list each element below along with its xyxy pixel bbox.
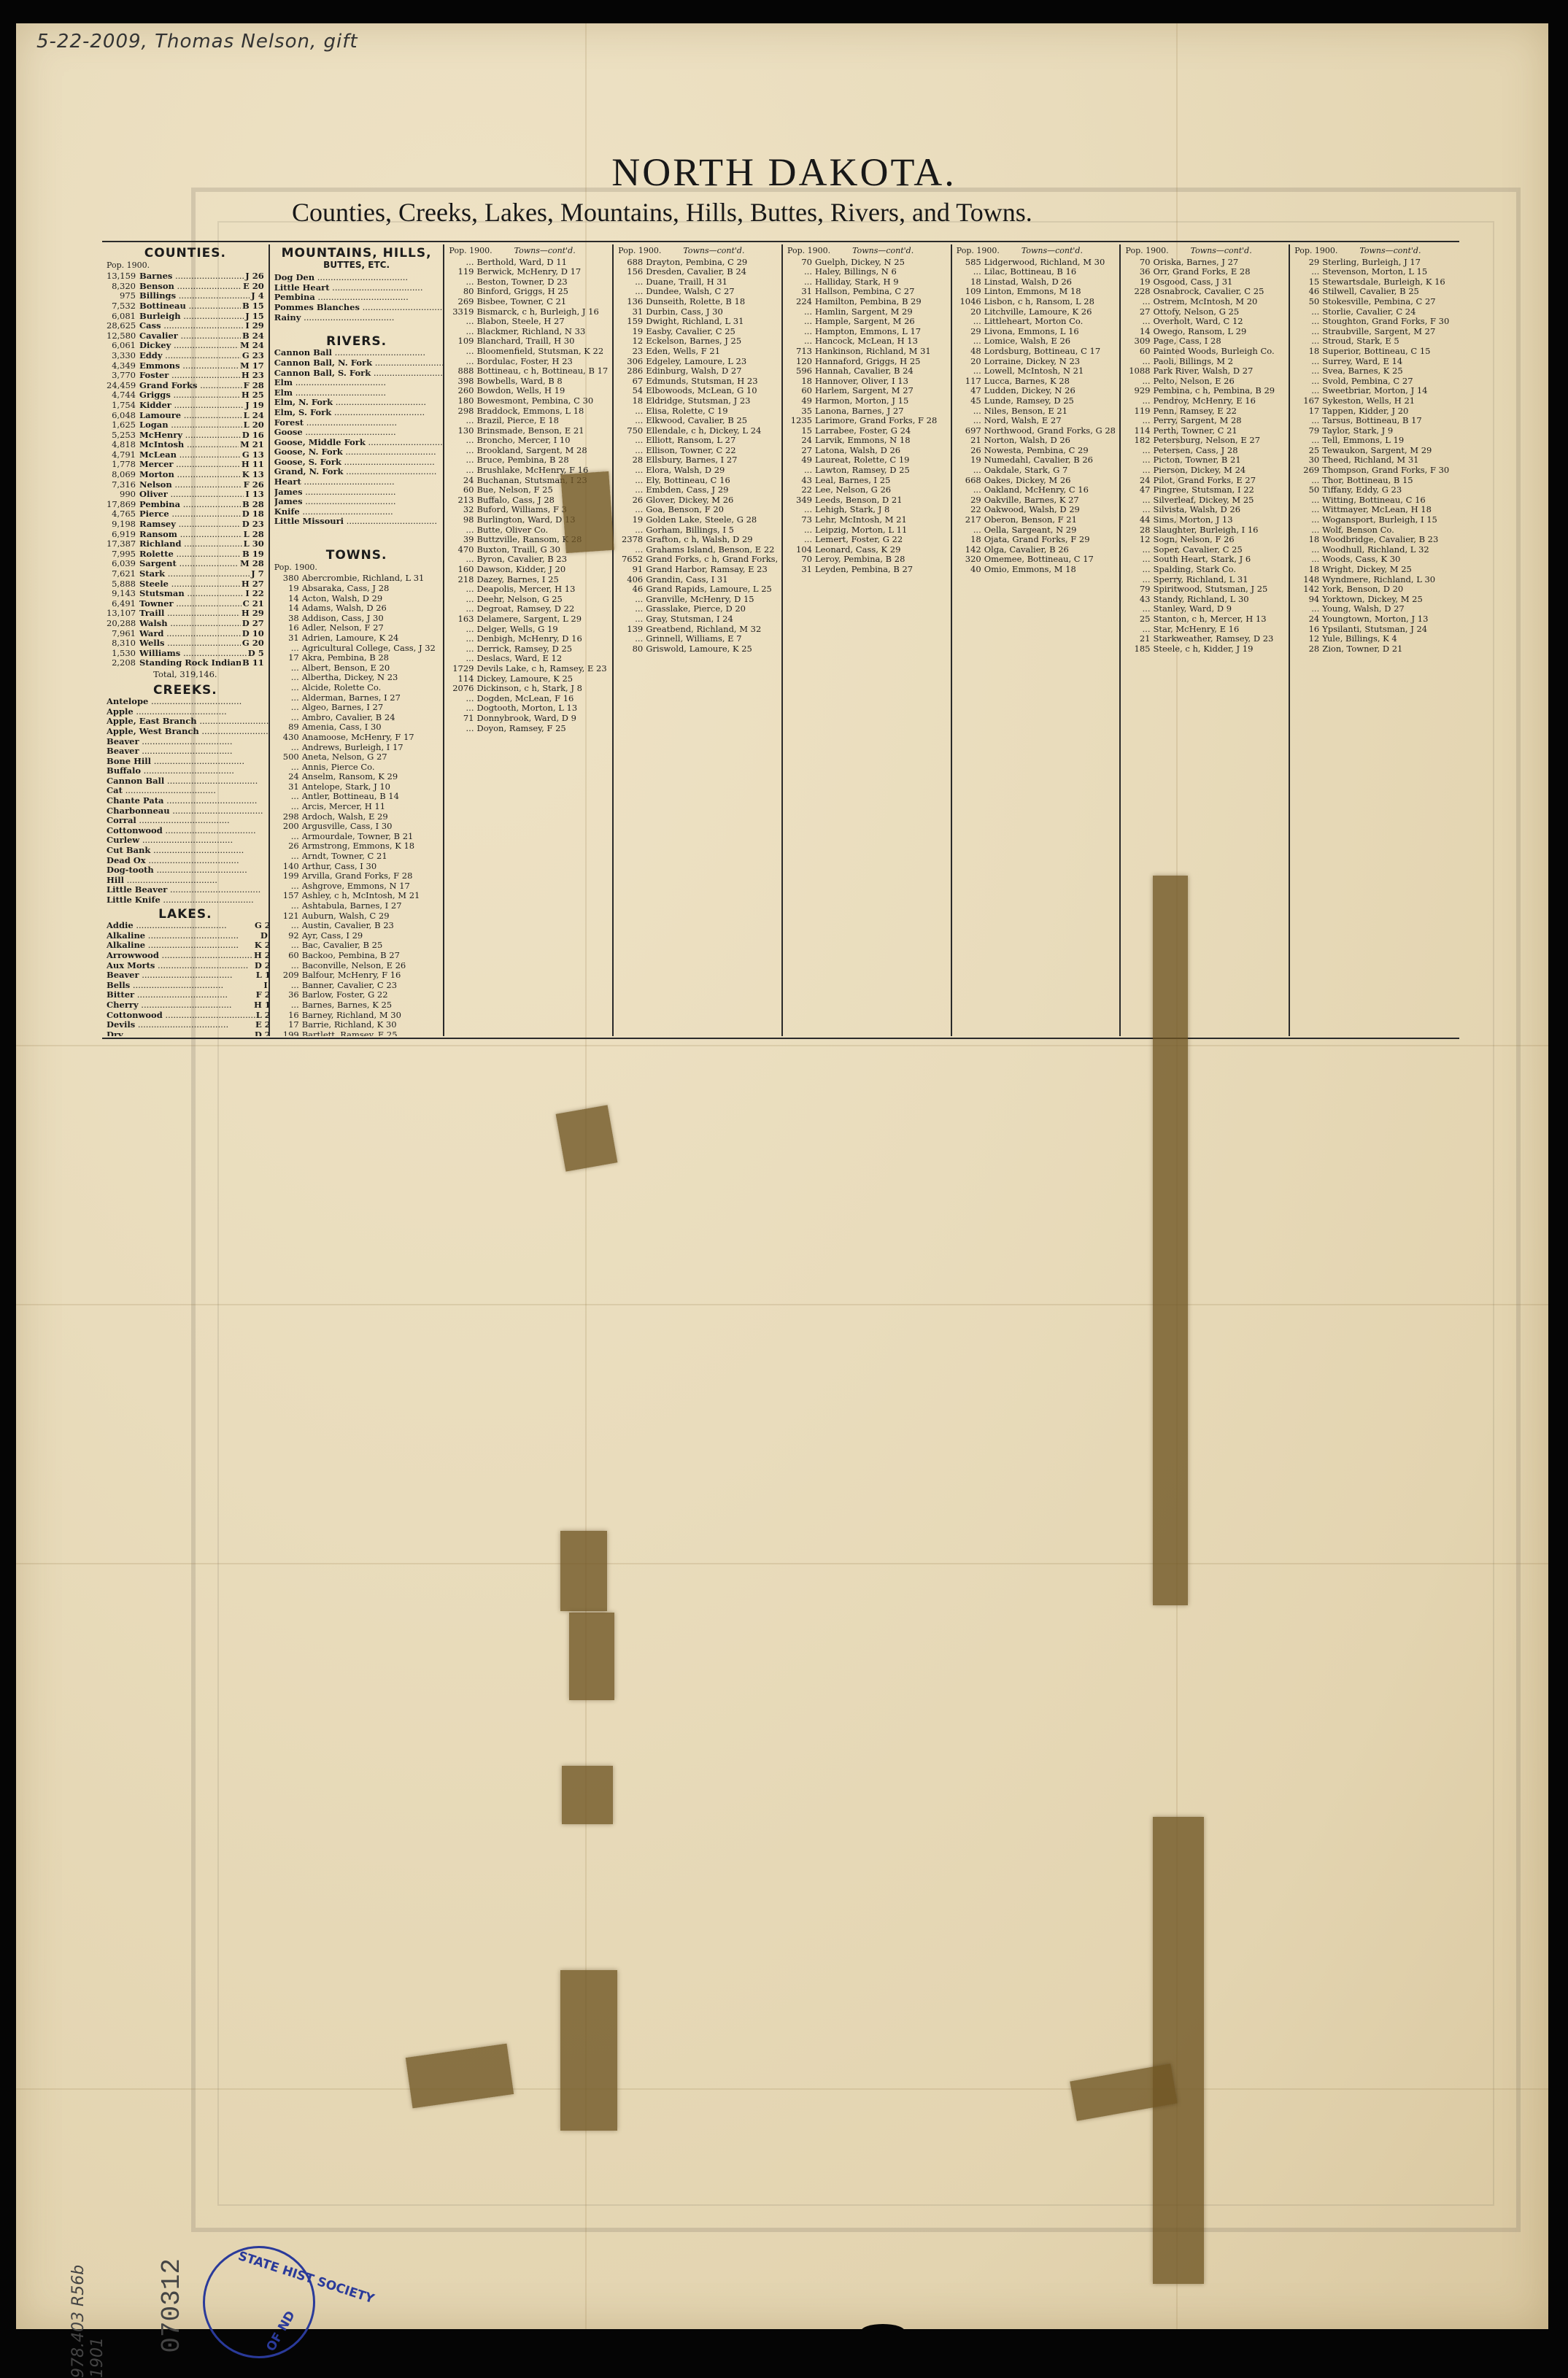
mountain: Dog DenF 16 (274, 273, 445, 283)
town-population: ... (618, 406, 646, 417)
town-entry: Gorham, Billings, I 5 (646, 525, 777, 536)
town-population: 29 (957, 327, 984, 337)
town-population: ... (1125, 545, 1153, 555)
town-population: ... (449, 724, 476, 734)
town-population: 25 (1294, 446, 1322, 456)
town-row: 60Backoo, Pembina, B 27 (274, 951, 439, 961)
town-entry: Larrabee, Foster, G 24 (815, 426, 946, 436)
county-row: 17,387RichlandL 30 (107, 539, 264, 549)
town-row: ...Doyon, Ramsey, F 25 (449, 724, 608, 734)
town-population: 18 (1294, 565, 1322, 575)
river-name: Grand, N. Fork (274, 467, 445, 477)
town-row: 16Adler, Nelson, F 27 (274, 623, 439, 633)
town-entry: Stilwell, Cavalier, B 25 (1322, 287, 1455, 297)
town-population: 31 (274, 633, 302, 644)
town-row: ...Perry, Sargent, M 28 (1125, 416, 1284, 426)
creek: Little BeaverM 3 (107, 885, 270, 895)
call-number: 978.403 R56b 1901 (69, 2244, 107, 2378)
town-population: 17 (1294, 406, 1322, 417)
town-entry: Grand Forks, c h, Grand Forks, F 30 (646, 555, 777, 565)
town-row: ...Bac, Cavalier, B 25 (274, 941, 439, 951)
town-row: 16Ypsilanti, Stutsman, J 24 (1294, 625, 1455, 635)
town-population: ... (787, 267, 815, 277)
town-row: 7652Grand Forks, c h, Grand Forks, F 30 (618, 555, 777, 565)
county-grid-ref: H 27 (240, 579, 264, 590)
town-population: 14 (1125, 327, 1153, 337)
town-row: ...Pendroy, McHenry, E 16 (1125, 396, 1284, 406)
town-entry: Drayton, Pembina, C 29 (646, 258, 777, 268)
county-row: 28,625CassI 29 (107, 321, 264, 331)
creek-name: Beaver (107, 737, 270, 747)
creek: Dead OxC 18 (107, 856, 270, 866)
mountain: PembinaA 27 (274, 293, 445, 303)
town-row: ...Stanley, Ward, D 9 (1125, 604, 1284, 614)
river-name: Forest (274, 418, 445, 428)
town-row: ...Barnes, Barnes, K 25 (274, 1000, 439, 1011)
town-population: 22 (957, 505, 984, 515)
town-population: 260 (449, 386, 476, 396)
town-population: ... (274, 713, 302, 723)
county-grid-ref: M 28 (239, 559, 264, 569)
town-population: 26 (957, 446, 984, 456)
county-population: 9,198 (107, 520, 139, 530)
town-entry: Lorraine, Dickey, N 23 (984, 357, 1116, 367)
town-population: 21 (1125, 634, 1153, 644)
county-row: 6,039SargentM 28 (107, 559, 264, 569)
county-population: 3,330 (107, 351, 139, 361)
county-name: Standing Rock Indian Reservation (139, 658, 241, 668)
town-entry: Stroud, Stark, E 5 (1322, 336, 1455, 347)
towns-column: Pop. 1900.Towns—cont'd.70Oriska, Barnes,… (1121, 244, 1290, 1036)
town-population: ... (274, 644, 302, 654)
town-row: 46Grand Rapids, Lamoure, L 25 (618, 584, 777, 595)
town-entry: Adrien, Lamoure, K 24 (302, 633, 439, 644)
town-entry: Pendroy, McHenry, E 16 (1153, 396, 1284, 406)
lake-name: Alkaline (107, 941, 255, 951)
town-entry: Algeo, Barnes, I 27 (302, 703, 439, 713)
town-population: 60 (449, 485, 476, 495)
town-population: ... (274, 663, 302, 673)
county-row: 7,316NelsonF 26 (107, 480, 264, 490)
town-population: ... (618, 277, 646, 287)
town-entry: Wyndmere, Richland, L 30 (1322, 575, 1455, 585)
town-population: 27 (787, 446, 815, 456)
county-row: 1,754KidderJ 19 (107, 401, 264, 411)
town-row: ...Tarsus, Bottineau, B 17 (1294, 416, 1455, 426)
town-row: ...Svold, Pembina, C 27 (1294, 377, 1455, 387)
town-entry: Eden, Wells, F 21 (646, 347, 777, 357)
town-entry: Donnybrook, Ward, D 9 (476, 714, 608, 724)
town-population: 16 (274, 1011, 302, 1021)
town-entry: Adams, Walsh, D 26 (302, 603, 439, 614)
county-name: McIntosh (139, 440, 239, 450)
town-row: 29Oakville, Barnes, K 27 (957, 495, 1116, 506)
town-row: ...Lowell, McIntosh, N 21 (957, 366, 1116, 377)
mountain-name: Dog Den (274, 273, 445, 283)
town-entry: Osnabrock, Cavalier, C 25 (1153, 287, 1284, 297)
county-name: Foster (139, 371, 240, 381)
town-entry: Barrie, Richland, K 30 (302, 1020, 439, 1030)
lake-grid-ref: G 26 (255, 921, 270, 931)
county-name: McLean (139, 450, 241, 460)
town-row: 22Lee, Nelson, G 26 (787, 485, 946, 495)
town-population: ... (449, 446, 476, 456)
town-entry: Pilot, Grand Forks, E 27 (1153, 476, 1284, 486)
town-population: 70 (1125, 258, 1153, 268)
town-entry: Hamlin, Sargent, M 29 (815, 307, 946, 317)
town-entry: Hannaford, Griggs, H 25 (815, 357, 946, 367)
county-grid-ref: H 25 (240, 390, 264, 401)
town-entry: Albert, Benson, E 20 (302, 663, 439, 673)
town-entry: Yorktown, Dickey, M 25 (1322, 595, 1455, 605)
county-name: Ransom (139, 530, 242, 540)
county-row: 975BillingsJ 4 (107, 291, 264, 301)
county-name: Stark (139, 569, 250, 579)
town-row: ...Ashgrove, Emmons, N 17 (274, 881, 439, 892)
county-population: 4,349 (107, 361, 139, 371)
town-row: ...Grahams Island, Benson, E 22 (618, 545, 777, 555)
county-row: 17,869PembinaB 28 (107, 500, 264, 510)
town-entry: Ashgrove, Emmons, N 17 (302, 881, 439, 892)
town-population: 12 (1125, 535, 1153, 545)
river-name: Goose, N. Fork (274, 447, 445, 458)
town-entry: Bismarck, c h, Burleigh, J 16 (476, 307, 608, 317)
town-population: 28 (618, 455, 646, 466)
county-name: Wells (139, 638, 241, 649)
towns-column: Pop. 1900.Towns—cont'd....Berthold, Ward… (444, 244, 614, 1036)
counties-heading: COUNTIES. (107, 249, 264, 259)
town-population: ... (957, 525, 984, 536)
river: Elm, S. ForkI 30 (274, 408, 445, 418)
town-row: ...Algeo, Barnes, I 27 (274, 703, 439, 713)
town-population: 20 (957, 307, 984, 317)
town-entry: Theed, Richland, M 31 (1322, 455, 1455, 466)
town-row: ...Leipzig, Morton, L 11 (787, 525, 946, 536)
town-row: ...Embden, Cass, J 29 (618, 485, 777, 495)
town-entry: Lordsburg, Bottineau, C 17 (984, 347, 1116, 357)
town-population: ... (1294, 386, 1322, 396)
town-entry: Paoli, Billings, M 2 (1153, 357, 1284, 367)
town-row: ...Deslacs, Ward, E 12 (449, 654, 608, 664)
county-population: 6,048 (107, 411, 139, 421)
town-entry: Bac, Cavalier, B 25 (302, 941, 439, 951)
town-row: ...Sperry, Richland, L 31 (1125, 575, 1284, 585)
town-population: 40 (957, 565, 984, 575)
town-row: 585Lidgerwood, Richland, M 30 (957, 258, 1116, 268)
town-entry: Haley, Billings, N 6 (815, 267, 946, 277)
town-population: 50 (1294, 297, 1322, 307)
lake-grid-ref: K 21 (255, 941, 270, 951)
county-row: 8,310WellsG 20 (107, 638, 264, 649)
town-population: ... (787, 277, 815, 287)
town-population: 1235 (787, 416, 815, 426)
county-grid-ref: G 23 (241, 351, 264, 361)
town-entry: Grahams Island, Benson, E 22 (646, 545, 777, 555)
town-entry: Ludden, Dickey, N 26 (984, 386, 1116, 396)
town-population: 60 (1125, 347, 1153, 357)
river: Elm, N. ForkH 30 (274, 398, 445, 408)
town-row: 70Oriska, Barnes, J 27 (1125, 258, 1284, 268)
lake-grid-ref: L 19 (256, 970, 270, 981)
lake-name: Cherry (107, 1000, 254, 1011)
county-grid-ref: I 22 (244, 589, 263, 599)
town-entry: Barlow, Foster, G 22 (302, 990, 439, 1000)
town-population: ... (449, 258, 476, 268)
town-population: ... (449, 644, 476, 655)
town-population: ... (1125, 317, 1153, 327)
county-grid-ref: L 20 (242, 420, 264, 431)
town-row: 28Slaughter, Burleigh, I 16 (1125, 525, 1284, 536)
county-name: Richland (139, 539, 242, 549)
pop-label: Pop. 1900. (274, 563, 439, 573)
town-entry: Bowesmont, Pembina, C 30 (476, 396, 608, 406)
town-entry: Nowesta, Pembina, C 29 (984, 446, 1116, 456)
river-name: Cannon Ball (274, 348, 445, 358)
town-entry: Auburn, Walsh, C 29 (302, 911, 439, 922)
town-population: 27 (1125, 307, 1153, 317)
town-population: 14 (274, 594, 302, 604)
town-entry: Dawson, Kidder, J 20 (476, 565, 608, 575)
fold-line (16, 1563, 1548, 1564)
town-row: 18Eldridge, Stutsman, J 23 (618, 396, 777, 406)
town-row: ...Deehr, Nelson, G 25 (449, 595, 608, 605)
town-row: ...Sweetbriar, Morton, J 14 (1294, 386, 1455, 396)
town-row: ...Hamlin, Sargent, M 29 (787, 307, 946, 317)
column-mountains-rivers-towns: MOUNTAINS, HILLS, BUTTES, ETC. Dog DenF … (270, 244, 445, 1036)
town-row: 31Durbin, Cass, J 30 (618, 307, 777, 317)
town-entry: Stanton, c h, Mercer, H 13 (1153, 614, 1284, 625)
county-row: 7,532BottineauB 15 (107, 301, 264, 312)
town-entry: Bottineau, c h, Bottineau, B 17 (476, 366, 608, 377)
town-population: ... (1125, 575, 1153, 585)
town-row: 218Dazey, Barnes, I 25 (449, 575, 608, 585)
town-population: ... (449, 317, 476, 327)
town-entry: Aneta, Nelson, G 27 (302, 752, 439, 763)
county-row: 1,530WilliamsD 5 (107, 649, 264, 659)
town-entry: Bowbells, Ward, B 8 (476, 377, 608, 387)
town-entry: Anselm, Ransom, K 29 (302, 772, 439, 782)
county-name: Williams (139, 649, 247, 659)
river: ElmM 23 (274, 388, 445, 398)
town-row: ...Derrick, Ramsey, D 25 (449, 644, 608, 655)
town-population: ... (618, 436, 646, 446)
town-population: ... (957, 466, 984, 476)
town-population: 17 (274, 653, 302, 663)
town-entry: Anamoose, McHenry, F 17 (302, 733, 439, 743)
town-entry: Larvik, Emmons, N 18 (815, 436, 946, 446)
town-row: 750Ellendale, c h, Dickey, L 24 (618, 426, 777, 436)
town-population: 7652 (618, 555, 646, 565)
county-name: Griggs (139, 390, 240, 401)
town-entry: Oriska, Barnes, J 27 (1153, 258, 1284, 268)
county-row: 9,143StutsmanI 22 (107, 589, 264, 599)
lake-grid-ref: D 9 (260, 931, 270, 941)
town-entry: Pembina, c h, Pembina, B 29 (1153, 386, 1284, 396)
town-population: ... (1294, 476, 1322, 486)
lake-name: Addie (107, 921, 255, 931)
lake-name: Beaver (107, 970, 256, 981)
town-entry: Lomice, Walsh, E 26 (984, 336, 1116, 347)
lake: AlkalineK 21 (107, 941, 270, 951)
town-row: ...Littleheart, Morton Co. (957, 317, 1116, 327)
town-population: 109 (957, 287, 984, 297)
town-row: ...Wogansport, Burleigh, I 15 (1294, 515, 1455, 525)
town-entry: Leonard, Cass, K 29 (815, 545, 946, 555)
town-row: ...Elkwood, Cavalier, B 25 (618, 416, 777, 426)
town-entry: Dundee, Walsh, C 27 (646, 287, 777, 297)
town-entry: Hannover, Oliver, I 13 (815, 377, 946, 387)
town-population: ... (1125, 455, 1153, 466)
town-population: 49 (787, 396, 815, 406)
town-row: 70Guelph, Dickey, N 25 (787, 258, 946, 268)
river-name: James (274, 487, 445, 498)
town-row: ...Silvista, Walsh, D 26 (1125, 505, 1284, 515)
town-population: ... (1294, 515, 1322, 525)
town-row: 119Penn, Ramsey, E 22 (1125, 406, 1284, 417)
town-entry: Silverleaf, Dickey, M 25 (1153, 495, 1284, 506)
town-population: ... (274, 832, 302, 842)
creek-name: Bone Hill (107, 757, 270, 767)
town-row: 20Lorraine, Dickey, N 23 (957, 357, 1116, 367)
town-population: ... (787, 336, 815, 347)
town-row: ...Gray, Stutsman, I 24 (618, 614, 777, 625)
county-name: Lamoure (139, 411, 242, 421)
town-entry: Elora, Walsh, D 29 (646, 466, 777, 476)
town-row: 114Perth, Towner, C 21 (1125, 426, 1284, 436)
page-subtitle: Counties, Creeks, Lakes, Mountains, Hill… (292, 197, 1032, 228)
town-row: 156Dresden, Cavalier, B 24 (618, 267, 777, 277)
town-population: ... (787, 317, 815, 327)
town-population: 19 (274, 584, 302, 594)
town-row: 36Orr, Grand Forks, E 28 (1125, 267, 1284, 277)
mountains-list: Dog DenF 16Little HeartK 14PembinaA 27Po… (274, 273, 439, 333)
town-population: 929 (1125, 386, 1153, 396)
town-row: ...Petersen, Cass, J 28 (1125, 446, 1284, 456)
town-entry: Stanley, Ward, D 9 (1153, 604, 1284, 614)
river: GooseG 28 (274, 428, 445, 438)
town-population: ... (1125, 604, 1153, 614)
town-row: 49Harmon, Morton, J 15 (787, 396, 946, 406)
lake-name: Alkaline (107, 931, 260, 941)
rivers-heading: RIVERS. (274, 337, 439, 347)
town-population: 24 (1294, 614, 1322, 625)
town-entry: Guelph, Dickey, N 25 (815, 258, 946, 268)
town-population: ... (274, 802, 302, 812)
town-row: 114Dickey, Lamoure, K 25 (449, 674, 608, 684)
town-population: 19 (957, 455, 984, 466)
county-population: 20,288 (107, 619, 139, 629)
county-name: Morton (139, 470, 241, 480)
lake-name: Bells (107, 981, 263, 991)
town-entry: Deehr, Nelson, G 25 (476, 595, 608, 605)
county-row: 6,081BurleighJ 15 (107, 312, 264, 322)
town-population: ... (1125, 565, 1153, 575)
county-row: 1,778MercerH 11 (107, 460, 264, 470)
town-entry: Dickey, Lamoure, K 25 (476, 674, 608, 684)
town-population: ... (787, 466, 815, 476)
town-entry: Halliday, Stark, H 9 (815, 277, 946, 287)
county-population: 8,310 (107, 638, 139, 649)
town-entry: Zion, Towner, D 21 (1322, 644, 1455, 655)
town-population: 25 (1125, 614, 1153, 625)
town-population: 130 (449, 426, 476, 436)
county-grid-ref: L 30 (242, 539, 264, 549)
lake-name: Arrowwood (107, 951, 254, 961)
town-row: 139Greatbend, Richland, M 32 (618, 625, 777, 635)
town-population: ... (274, 921, 302, 931)
creek: Chante PataL 7 (107, 796, 270, 806)
county-name: Billings (139, 291, 250, 301)
county-row: 12,580CavalierB 24 (107, 331, 264, 341)
town-entry: Elliott, Ransom, L 27 (646, 436, 777, 446)
town-row: 104Leonard, Cass, K 29 (787, 545, 946, 555)
town-row: ...Lehigh, Stark, J 8 (787, 505, 946, 515)
county-name: Stutsman (139, 589, 244, 599)
county-name: Bottineau (139, 301, 241, 312)
county-row: 7,961WardD 10 (107, 629, 264, 639)
town-entry: Superior, Bottineau, C 15 (1322, 347, 1455, 357)
county-grid-ref: B 19 (241, 549, 264, 560)
river-name: Goose, S. Fork (274, 458, 445, 468)
town-population: 697 (957, 426, 984, 436)
town-entry: Wright, Dickey, M 25 (1322, 565, 1455, 575)
county-row: 4,349EmmonsM 17 (107, 361, 264, 371)
river: Cannon BallM 11 (274, 348, 445, 358)
town-population: 17 (274, 1020, 302, 1030)
town-row: ...Alderman, Barnes, I 27 (274, 693, 439, 703)
town-entry: Leroy, Pembina, B 28 (815, 555, 946, 565)
county-name: Kidder (139, 401, 244, 411)
town-row: 29Sterling, Burleigh, J 17 (1294, 258, 1455, 268)
town-entry: Orr, Grand Forks, E 28 (1153, 267, 1284, 277)
town-entry: Svea, Barnes, K 25 (1322, 366, 1455, 377)
town-row: 18Ojata, Grand Forks, F 29 (957, 535, 1116, 545)
town-row: ...Lemert, Foster, G 22 (787, 535, 946, 545)
lake: CottonwoodL 24 (107, 1011, 270, 1021)
tape-repair (569, 1613, 614, 1700)
town-entry: Brookland, Sargent, M 28 (476, 446, 608, 456)
town-population: 117 (957, 377, 984, 387)
town-population: 50 (1294, 485, 1322, 495)
town-row: 24Youngtown, Morton, J 13 (1294, 614, 1455, 625)
town-population: 45 (957, 396, 984, 406)
county-row: 4,818McIntoshM 21 (107, 440, 264, 450)
footer-rule (102, 1038, 1459, 1039)
county-row: 6,919RansomL 28 (107, 530, 264, 540)
town-entry: Berwick, McHenry, D 17 (476, 267, 608, 277)
town-population: 98 (449, 515, 476, 525)
town-population: 91 (618, 565, 646, 575)
town-population: ... (1294, 545, 1322, 555)
town-population: 24 (449, 476, 476, 486)
town-entry: Page, Cass, I 28 (1153, 336, 1284, 347)
lake-grid-ref: I 4 (263, 981, 269, 991)
town-population: 24 (274, 772, 302, 782)
county-row: 6,491TownerC 21 (107, 599, 264, 609)
town-row: ...Surrey, Ward, E 14 (1294, 357, 1455, 367)
town-population: 309 (1125, 336, 1153, 347)
town-population: 136 (618, 297, 646, 307)
town-entry: Elkwood, Cavalier, B 25 (646, 416, 777, 426)
town-population: 29 (957, 495, 984, 506)
town-row: 28Ellsbury, Barnes, I 27 (618, 455, 777, 466)
county-population: 4,765 (107, 509, 139, 520)
town-row: ...Degroat, Ramsey, D 22 (449, 604, 608, 614)
county-name: Pierce (139, 509, 241, 520)
river: Cannon Ball, S. ForkM 8 (274, 368, 445, 379)
town-row: 1235Larimore, Grand Forks, F 28 (787, 416, 946, 426)
town-row: 27Latona, Walsh, D 26 (787, 446, 946, 456)
